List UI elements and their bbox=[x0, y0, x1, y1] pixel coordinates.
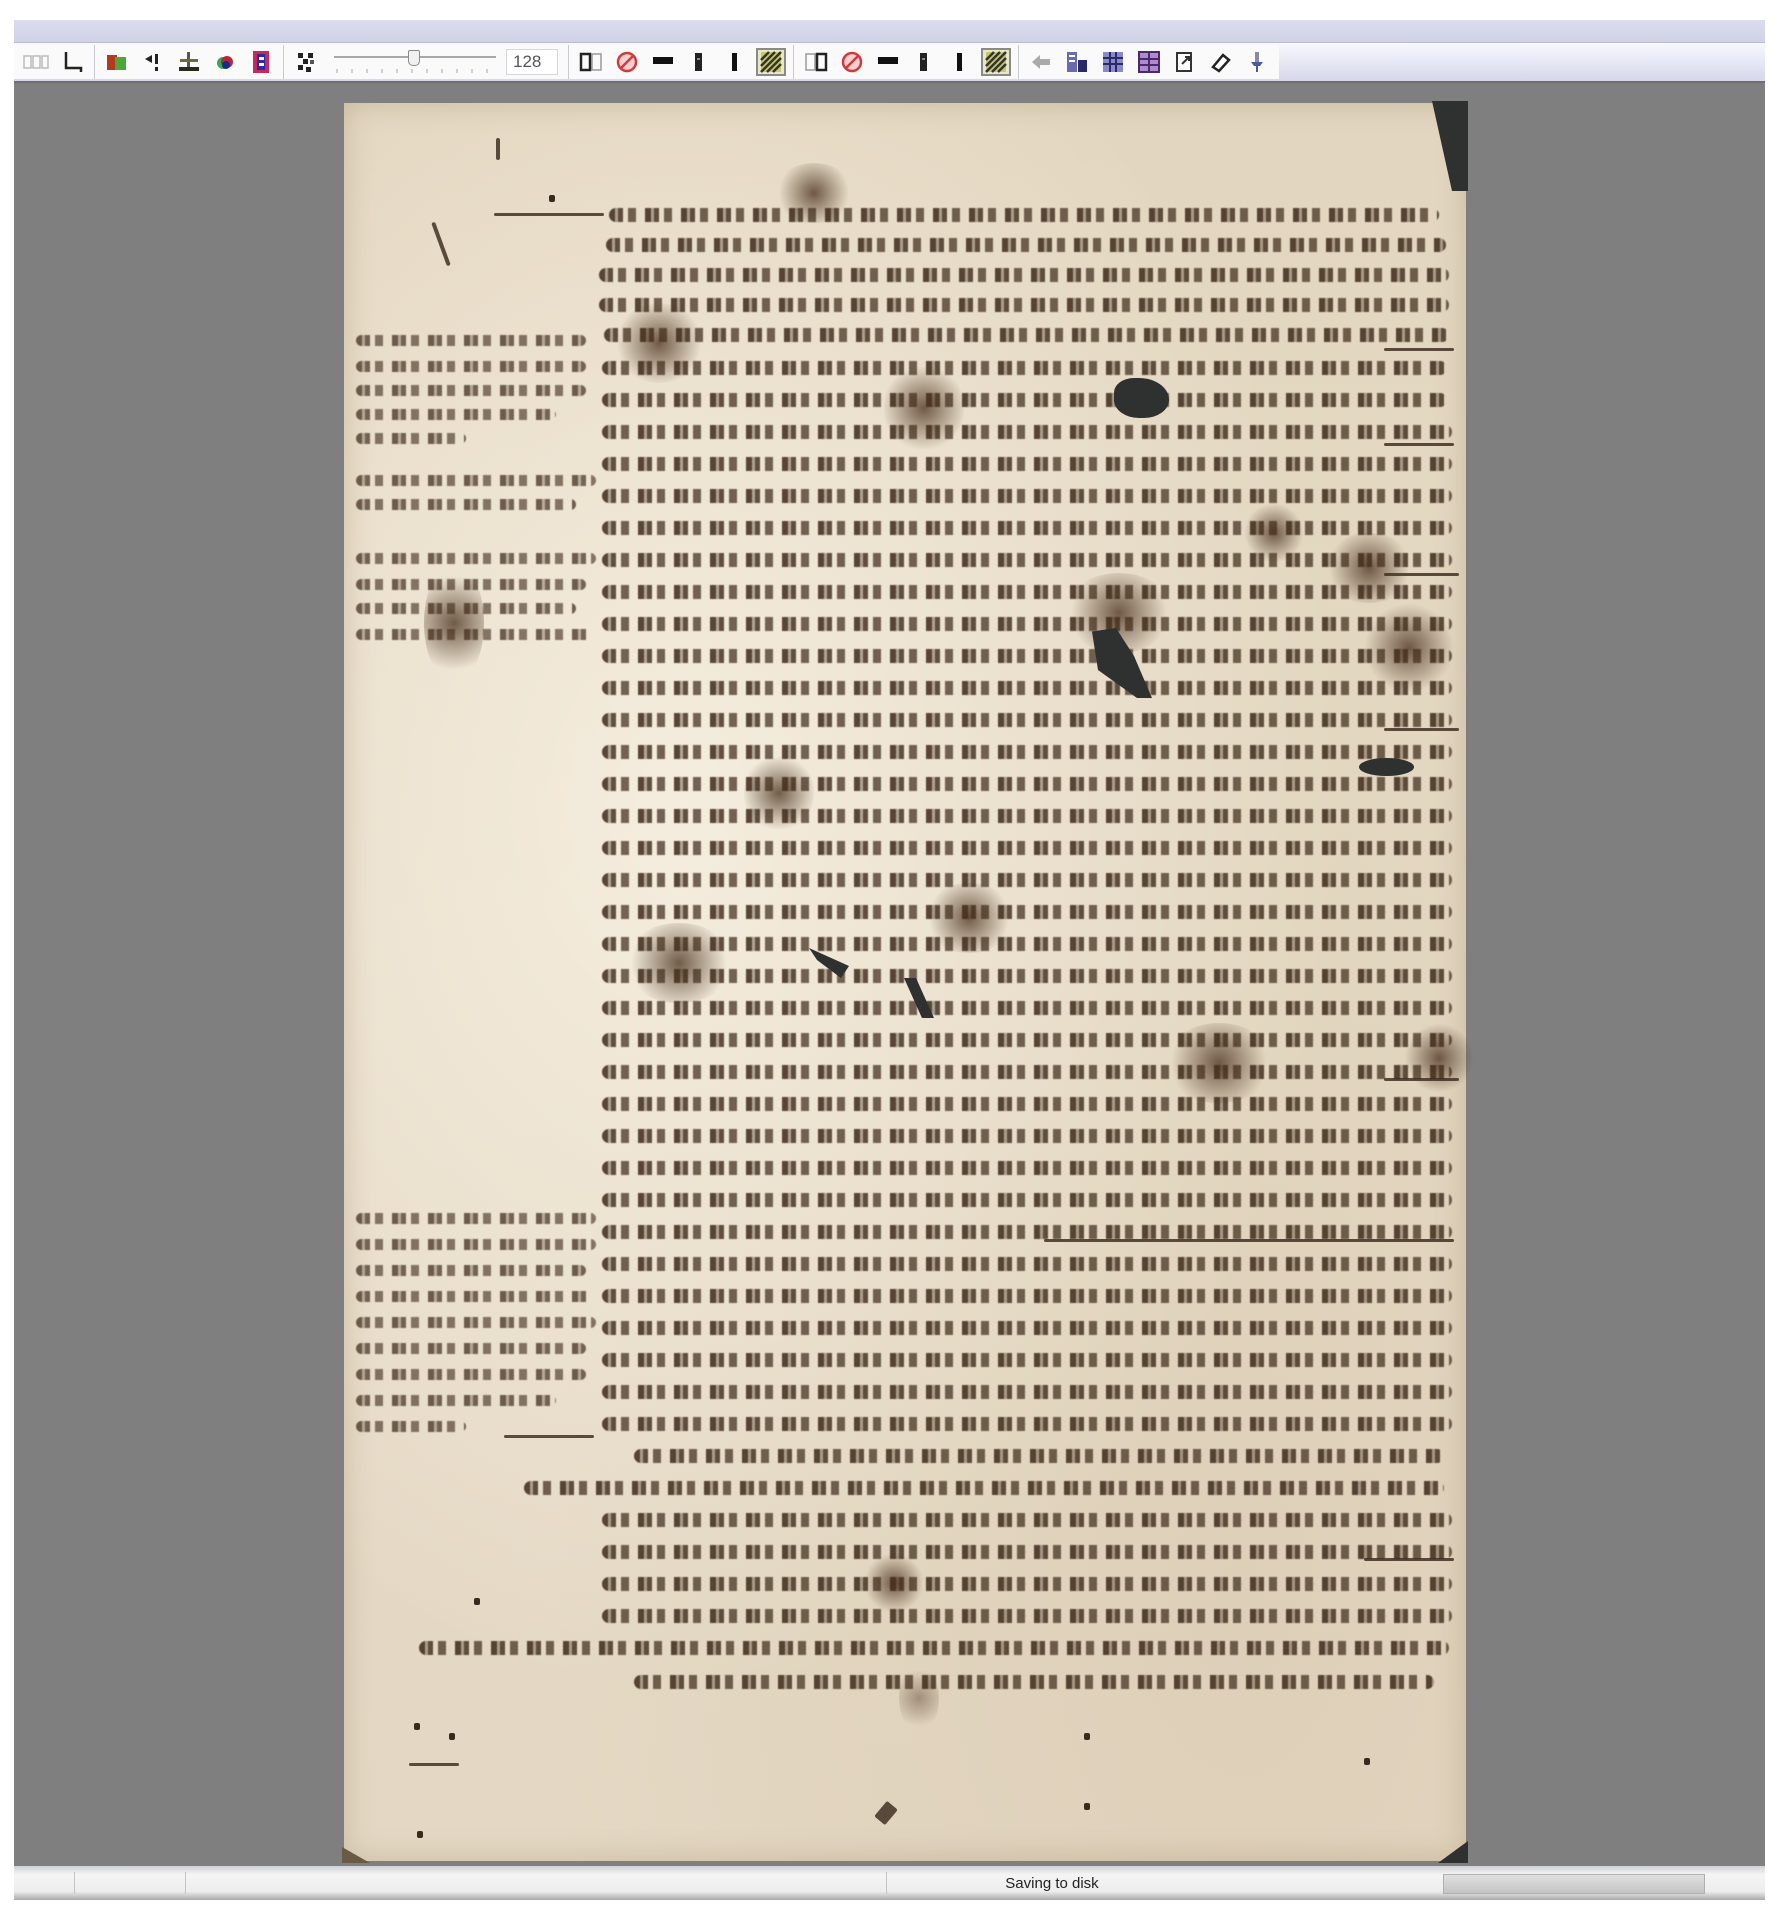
ink-mark bbox=[494, 213, 604, 216]
ink-smudge bbox=[864, 1553, 924, 1613]
handwriting-line bbox=[606, 238, 1446, 252]
handwriting-line bbox=[604, 328, 1449, 342]
handwriting-line bbox=[602, 1193, 1452, 1207]
ink-mark bbox=[449, 1733, 455, 1740]
color-drop-button[interactable] bbox=[210, 48, 240, 76]
ink-smudge bbox=[744, 753, 814, 833]
right-top-edge-button[interactable] bbox=[873, 48, 903, 76]
handwriting-line bbox=[602, 585, 1452, 599]
pin-icon bbox=[1248, 50, 1266, 74]
paper-hole bbox=[1114, 378, 1169, 418]
ink-smudge bbox=[624, 923, 734, 1003]
margin-note bbox=[356, 1265, 586, 1276]
margin-note bbox=[356, 553, 596, 564]
book-page-icon bbox=[579, 51, 603, 73]
ink-mark bbox=[1084, 1803, 1090, 1810]
right-pattern-button[interactable] bbox=[981, 48, 1011, 76]
output-tools-group bbox=[1019, 45, 1279, 79]
ink-mark bbox=[474, 1598, 480, 1605]
handwriting-line bbox=[602, 1257, 1452, 1271]
layout-grid-icon bbox=[1101, 50, 1125, 74]
status-message: Saving to disk bbox=[887, 1875, 1217, 1892]
crop-corner-icon bbox=[61, 51, 83, 73]
ink-smudge bbox=[614, 303, 704, 383]
align-button[interactable] bbox=[174, 48, 204, 76]
ink-smudge bbox=[1324, 533, 1414, 603]
margin-note bbox=[356, 335, 586, 346]
margin-note bbox=[356, 433, 466, 444]
app-window: 128 bbox=[14, 20, 1765, 1900]
page-corner-damage bbox=[1438, 1841, 1468, 1863]
left-inner-edge-button[interactable] bbox=[684, 48, 714, 76]
right-inner-edge-button[interactable] bbox=[909, 48, 939, 76]
handwriting-line bbox=[602, 521, 1452, 535]
paper-hole bbox=[1359, 758, 1414, 776]
ink-smudge bbox=[1364, 603, 1454, 693]
status-segment bbox=[75, 1872, 186, 1894]
ink-mark bbox=[549, 195, 555, 202]
margin-note bbox=[356, 1291, 591, 1302]
hatch-pattern-icon bbox=[985, 51, 1007, 73]
cancel-icon bbox=[615, 50, 639, 74]
page-corner-damage bbox=[342, 1847, 370, 1863]
left-outer-edge-button[interactable] bbox=[720, 48, 750, 76]
back-button[interactable] bbox=[1026, 48, 1056, 76]
handwriting-line bbox=[524, 1481, 1444, 1495]
right-page-tools-group bbox=[794, 45, 1019, 79]
color-balance-button[interactable] bbox=[102, 48, 132, 76]
export-page-icon bbox=[1174, 50, 1196, 74]
ink-mark bbox=[496, 138, 500, 160]
handwriting-line bbox=[602, 1033, 1452, 1047]
handwriting-line bbox=[602, 1225, 1452, 1239]
handwriting-line bbox=[602, 393, 1447, 407]
handwriting-line bbox=[602, 425, 1452, 439]
layout-single-icon bbox=[1065, 50, 1089, 74]
main-toolbar: 128 bbox=[14, 43, 1765, 83]
dither-icon bbox=[295, 51, 317, 73]
right-cancel-button[interactable] bbox=[837, 48, 867, 76]
color-balance-icon bbox=[105, 51, 129, 73]
handwriting-line bbox=[599, 298, 1449, 312]
handwriting-line bbox=[419, 1641, 1449, 1655]
ink-smudge bbox=[899, 1663, 939, 1733]
cancel-icon bbox=[840, 50, 864, 74]
handwriting-line bbox=[602, 905, 1452, 919]
status-segment bbox=[14, 1872, 75, 1894]
handwriting-line bbox=[602, 1353, 1452, 1367]
handwriting-line bbox=[634, 1675, 1434, 1689]
handwriting-line bbox=[602, 745, 1452, 759]
ink-rule bbox=[1364, 1558, 1454, 1561]
status-segment bbox=[186, 1872, 887, 1894]
margin-note bbox=[356, 1317, 596, 1328]
handwriting-line bbox=[602, 361, 1447, 375]
ink-mark bbox=[1364, 1758, 1370, 1765]
ink-smudge bbox=[884, 363, 964, 453]
slider-ticks bbox=[336, 69, 494, 73]
title-strip bbox=[14, 20, 1765, 43]
ink-mark bbox=[414, 1723, 420, 1730]
handwriting-line bbox=[609, 208, 1439, 222]
margin-note bbox=[356, 499, 576, 510]
handwriting-line bbox=[602, 1513, 1452, 1527]
margin-note bbox=[356, 409, 556, 420]
handwriting-line bbox=[602, 1385, 1452, 1399]
book-page-icon bbox=[804, 51, 828, 73]
layout-grid-alt-button[interactable] bbox=[1134, 48, 1164, 76]
ink-smudge bbox=[1164, 1023, 1274, 1103]
margin-note bbox=[356, 361, 586, 372]
layout-grid-button[interactable] bbox=[1098, 48, 1128, 76]
align-icon bbox=[177, 51, 201, 73]
ink-smudge bbox=[424, 563, 484, 683]
pin-button[interactable] bbox=[1242, 48, 1272, 76]
handwriting-line bbox=[602, 1417, 1452, 1431]
thumbnails-icon bbox=[23, 53, 49, 71]
handwriting-line bbox=[602, 1001, 1452, 1015]
ink-rule bbox=[504, 1435, 594, 1438]
ink-smudge bbox=[774, 163, 854, 223]
ink-rule bbox=[1384, 443, 1454, 446]
inner-edge-icon bbox=[916, 50, 932, 74]
handwriting-line bbox=[602, 1065, 1452, 1079]
page-corner-damage bbox=[1428, 101, 1468, 191]
handwriting-line bbox=[599, 268, 1449, 282]
ink-mark bbox=[417, 1831, 423, 1838]
handwriting-line bbox=[602, 777, 1452, 791]
levels-button[interactable] bbox=[138, 48, 168, 76]
color-tools-group bbox=[95, 45, 284, 79]
ink-smudge bbox=[1244, 503, 1304, 563]
threshold-value[interactable]: 128 bbox=[506, 49, 558, 75]
handwriting-line bbox=[602, 489, 1452, 503]
ink-smudge bbox=[1404, 1023, 1474, 1093]
ink-rule bbox=[1384, 348, 1454, 351]
handwriting-line bbox=[602, 1161, 1452, 1175]
right-outer-edge-button[interactable] bbox=[945, 48, 975, 76]
handwriting-line bbox=[602, 681, 1452, 695]
slider-thumb[interactable] bbox=[408, 50, 420, 66]
margin-note bbox=[356, 1369, 586, 1380]
handwriting-line bbox=[602, 1129, 1452, 1143]
status-bar: Saving to disk bbox=[14, 1866, 1765, 1900]
handwriting-line bbox=[602, 617, 1452, 631]
ink-mark bbox=[1084, 1733, 1090, 1740]
handwriting-line bbox=[602, 457, 1452, 471]
left-cancel-button[interactable] bbox=[612, 48, 642, 76]
view-tools-group bbox=[14, 45, 95, 79]
margin-note bbox=[356, 1213, 596, 1224]
margin-note bbox=[356, 385, 586, 396]
margin-note bbox=[356, 1395, 556, 1406]
margin-note bbox=[356, 475, 596, 486]
hatch-pattern-icon bbox=[760, 51, 782, 73]
export-page-button[interactable] bbox=[1170, 48, 1200, 76]
handwriting-line bbox=[602, 1289, 1452, 1303]
margin-note bbox=[356, 1421, 466, 1432]
page-split-button[interactable] bbox=[246, 48, 276, 76]
left-page-button[interactable] bbox=[576, 48, 606, 76]
ink-mark bbox=[409, 1763, 459, 1766]
left-top-edge-button[interactable] bbox=[648, 48, 678, 76]
handwriting-line bbox=[602, 1545, 1452, 1559]
layout-grid-alt-icon bbox=[1137, 50, 1161, 74]
arrow-left-icon bbox=[1030, 52, 1052, 72]
handwriting-line bbox=[602, 841, 1452, 855]
handwriting-line bbox=[602, 1609, 1452, 1623]
top-edge-icon bbox=[651, 51, 675, 73]
handwriting-line bbox=[602, 873, 1452, 887]
handwriting-line bbox=[602, 713, 1452, 727]
ink-smudge bbox=[924, 883, 1014, 953]
eraser-icon bbox=[1209, 51, 1233, 73]
threshold-slider[interactable] bbox=[330, 48, 500, 76]
left-pattern-button[interactable] bbox=[756, 48, 786, 76]
handwriting-line bbox=[602, 1097, 1452, 1111]
eraser-button[interactable] bbox=[1206, 48, 1236, 76]
right-page-button[interactable] bbox=[801, 48, 831, 76]
manuscript-page[interactable] bbox=[344, 103, 1466, 1861]
ink-mark bbox=[431, 222, 450, 267]
page-split-icon bbox=[251, 50, 271, 74]
outer-edge-icon bbox=[727, 50, 743, 74]
layout-single-button[interactable] bbox=[1062, 48, 1092, 76]
thumbnails-button[interactable] bbox=[21, 48, 51, 76]
dither-button[interactable] bbox=[291, 48, 321, 76]
outer-edge-icon bbox=[952, 50, 968, 74]
color-drop-icon bbox=[214, 51, 236, 73]
handwriting-line bbox=[602, 809, 1452, 823]
ink-mark bbox=[874, 1801, 898, 1825]
handwriting-line bbox=[634, 1449, 1444, 1463]
margin-note bbox=[356, 1343, 586, 1354]
handwriting-line bbox=[602, 1321, 1452, 1335]
ink-rule bbox=[1044, 1239, 1454, 1242]
image-canvas[interactable] bbox=[14, 83, 1765, 1853]
top-edge-icon bbox=[876, 51, 900, 73]
left-page-tools-group bbox=[569, 45, 794, 79]
progress-bar bbox=[1443, 1874, 1705, 1894]
handwriting-line bbox=[602, 1577, 1452, 1591]
levels-icon bbox=[142, 51, 164, 73]
margin-note bbox=[356, 1239, 596, 1250]
inner-edge-icon bbox=[691, 50, 707, 74]
crop-corner-button[interactable] bbox=[57, 48, 87, 76]
threshold-group: 128 bbox=[284, 45, 569, 79]
ink-rule bbox=[1384, 728, 1459, 731]
handwriting-line bbox=[602, 649, 1452, 663]
